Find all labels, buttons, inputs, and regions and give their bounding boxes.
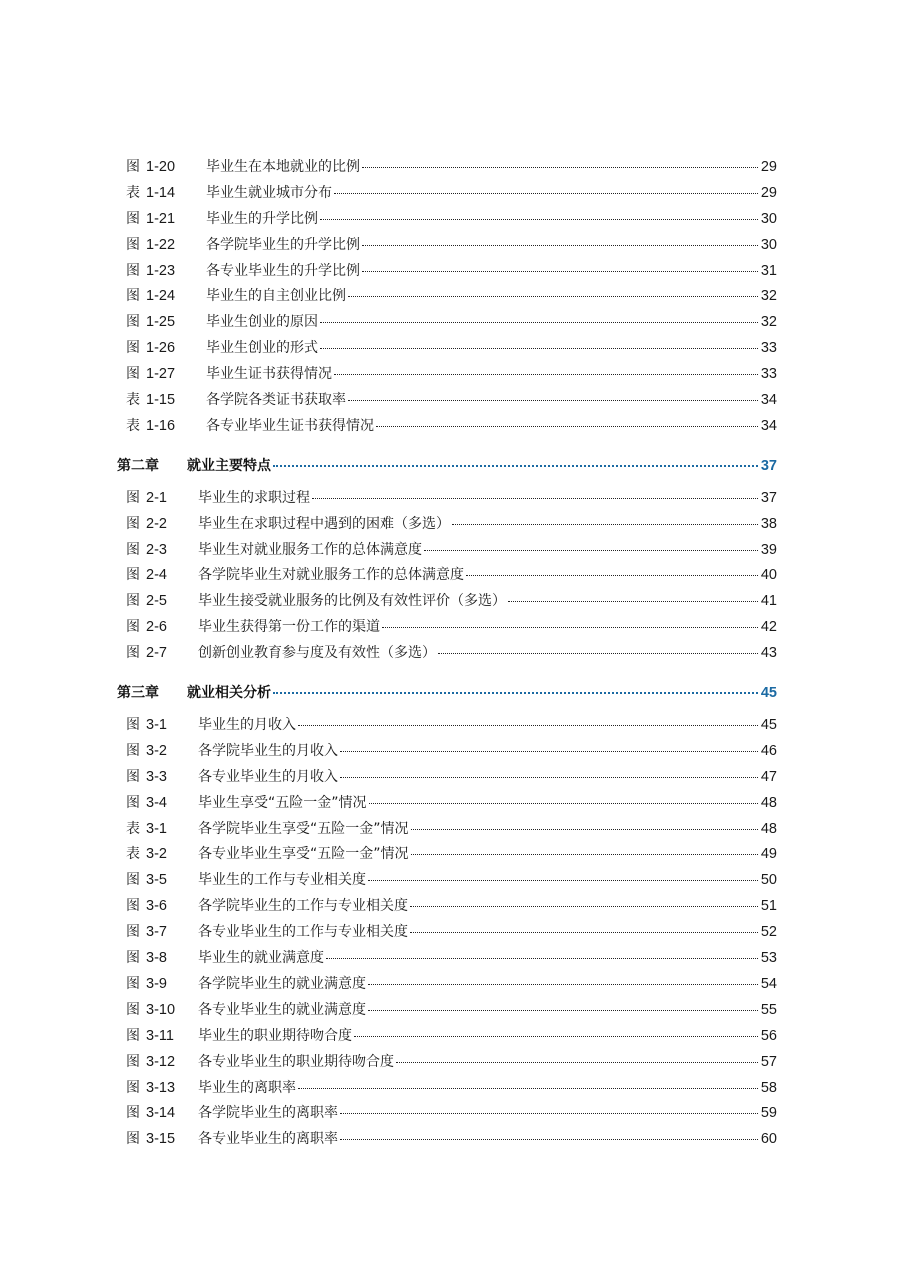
dot-leader — [340, 1101, 758, 1114]
dot-leader — [466, 563, 758, 576]
toc-entry[interactable]: 图3-6各学院毕业生的工作与专业相关度51 — [117, 894, 777, 920]
dot-leader — [298, 1076, 758, 1089]
entry-number: 3-6 — [146, 894, 198, 920]
entry-number: 3-9 — [146, 972, 198, 998]
toc-entry[interactable]: 图3-1毕业生的月收入45 — [117, 713, 777, 739]
dot-leader — [424, 538, 758, 551]
entry-number: 1-27 — [146, 362, 206, 388]
dot-leader — [334, 362, 758, 375]
entry-page-number: 32 — [759, 310, 777, 336]
entry-type-label: 图 — [126, 155, 140, 181]
toc-entry[interactable]: 图2-7创新创业教育参与度及有效性（多选）43 — [117, 641, 777, 667]
entry-type-label: 图 — [126, 894, 140, 920]
entry-page-number: 37 — [759, 486, 777, 512]
entry-title: 各专业毕业生证书获得情况 — [206, 414, 374, 440]
entry-type-label: 图 — [126, 1127, 140, 1153]
chapter-page-number: 37 — [759, 448, 777, 484]
dot-leader — [369, 791, 758, 804]
entry-number: 3-1 — [146, 817, 198, 843]
entry-page-number: 31 — [759, 259, 777, 285]
entry-page-number: 34 — [759, 414, 777, 440]
entry-page-number: 52 — [759, 920, 777, 946]
dot-leader — [354, 1024, 758, 1037]
entry-type-label: 图 — [126, 615, 140, 641]
toc-chapter-heading[interactable]: 第二章就业主要特点37 — [117, 448, 777, 484]
entry-number: 1-15 — [146, 388, 206, 414]
entry-title: 各专业毕业生享受“五险一金”情况 — [198, 842, 409, 868]
entry-page-number: 30 — [759, 233, 777, 259]
entry-page-number: 57 — [759, 1050, 777, 1076]
dot-leader — [452, 512, 758, 525]
dot-leader — [298, 713, 758, 726]
entry-number: 3-3 — [146, 765, 198, 791]
dot-leader — [348, 388, 758, 401]
entry-type-label: 图 — [126, 336, 140, 362]
entry-number: 1-22 — [146, 233, 206, 259]
entry-type-label: 图 — [126, 233, 140, 259]
entry-page-number: 40 — [759, 563, 777, 589]
entry-number: 1-24 — [146, 284, 206, 310]
entry-page-number: 49 — [759, 842, 777, 868]
toc-entry[interactable]: 图1-23各专业毕业生的升学比例31 — [117, 259, 777, 285]
dot-leader — [362, 259, 758, 272]
entry-page-number: 55 — [759, 998, 777, 1024]
dot-leader — [320, 207, 758, 220]
entry-page-number: 46 — [759, 739, 777, 765]
toc-entry[interactable]: 图3-4毕业生享受“五险一金”情况48 — [117, 791, 777, 817]
entry-page-number: 43 — [759, 641, 777, 667]
toc-section-chapter-1-continued: 图1-20毕业生在本地就业的比例29 表1-14毕业生就业城市分布29 图1-2… — [117, 155, 777, 440]
entry-page-number: 42 — [759, 615, 777, 641]
entry-page-number: 60 — [759, 1127, 777, 1153]
entry-type-label: 图 — [126, 486, 140, 512]
entry-number: 1-23 — [146, 259, 206, 285]
entry-number: 3-2 — [146, 739, 198, 765]
entry-type-label: 图 — [126, 868, 140, 894]
entry-title: 毕业生的就业满意度 — [198, 946, 324, 972]
entry-page-number: 33 — [759, 362, 777, 388]
toc-entry[interactable]: 图3-9各学院毕业生的就业满意度54 — [117, 972, 777, 998]
entry-number: 3-7 — [146, 920, 198, 946]
toc-section-chapter-2: 第二章就业主要特点37 图2-1毕业生的求职过程37 图2-2毕业生在求职过程中… — [117, 448, 777, 667]
toc-entry[interactable]: 表3-1各学院毕业生享受“五险一金”情况48 — [117, 817, 777, 843]
dot-leader — [326, 946, 758, 959]
entry-type-label: 图 — [126, 207, 140, 233]
entry-type-label: 图 — [126, 362, 140, 388]
entry-title: 毕业生获得第一份工作的渠道 — [198, 615, 380, 641]
chapter-title: 就业主要特点 — [187, 448, 271, 484]
dot-leader — [334, 181, 758, 194]
entry-title: 毕业生的求职过程 — [198, 486, 310, 512]
dot-leader — [362, 155, 758, 168]
toc-entry[interactable]: 图1-26毕业生创业的形式33 — [117, 336, 777, 362]
entry-title: 毕业生对就业服务工作的总体满意度 — [198, 538, 422, 564]
entry-number: 2-5 — [146, 589, 198, 615]
toc-entry[interactable]: 图3-2各学院毕业生的月收入46 — [117, 739, 777, 765]
entry-type-label: 图 — [126, 259, 140, 285]
entry-page-number: 30 — [759, 207, 777, 233]
toc-entry[interactable]: 图1-27毕业生证书获得情况33 — [117, 362, 777, 388]
toc-entry[interactable]: 图1-25毕业生创业的原因32 — [117, 310, 777, 336]
entry-number: 1-21 — [146, 207, 206, 233]
toc-entry[interactable]: 图3-5毕业生的工作与专业相关度50 — [117, 868, 777, 894]
dot-leader — [340, 765, 758, 778]
dot-leader — [438, 641, 758, 654]
entry-page-number: 48 — [759, 817, 777, 843]
entry-page-number: 58 — [759, 1076, 777, 1102]
entry-type-label: 表 — [126, 414, 140, 440]
toc-entry[interactable]: 图1-22各学院毕业生的升学比例30 — [117, 233, 777, 259]
entry-type-label: 图 — [126, 998, 140, 1024]
entry-title: 毕业生接受就业服务的比例及有效性评价（多选） — [198, 589, 506, 615]
entry-page-number: 38 — [759, 512, 777, 538]
toc-entry[interactable]: 图2-1毕业生的求职过程37 — [117, 486, 777, 512]
entry-number: 3-14 — [146, 1101, 198, 1127]
dot-leader — [411, 842, 758, 855]
entry-title: 毕业生在本地就业的比例 — [206, 155, 360, 181]
entry-title: 各专业毕业生的工作与专业相关度 — [198, 920, 408, 946]
dot-leader — [368, 998, 758, 1011]
entry-type-label: 图 — [126, 920, 140, 946]
entry-title: 毕业生的升学比例 — [206, 207, 318, 233]
entry-title: 各学院毕业生的离职率 — [198, 1101, 338, 1127]
entry-title: 各学院毕业生的工作与专业相关度 — [198, 894, 408, 920]
entry-title: 各学院毕业生的升学比例 — [206, 233, 360, 259]
entry-title: 毕业生的月收入 — [198, 713, 296, 739]
entry-title: 各专业毕业生的离职率 — [198, 1127, 338, 1153]
toc-entry[interactable]: 图1-21毕业生的升学比例30 — [117, 207, 777, 233]
entry-type-label: 图 — [126, 563, 140, 589]
entry-title: 毕业生证书获得情况 — [206, 362, 332, 388]
entry-type-label: 图 — [126, 284, 140, 310]
entry-number: 3-8 — [146, 946, 198, 972]
entry-page-number: 29 — [759, 155, 777, 181]
entry-page-number: 47 — [759, 765, 777, 791]
toc-entry[interactable]: 表1-15各学院各类证书获取率34 — [117, 388, 777, 414]
toc-chapter-heading[interactable]: 第三章就业相关分析45 — [117, 675, 777, 711]
toc-entry[interactable]: 图3-13毕业生的离职率58 — [117, 1076, 777, 1102]
toc-entry[interactable]: 图3-12各专业毕业生的职业期待吻合度57 — [117, 1050, 777, 1076]
entry-page-number: 45 — [759, 713, 777, 739]
dot-leader — [368, 868, 758, 881]
entry-page-number: 33 — [759, 336, 777, 362]
entry-type-label: 图 — [126, 1076, 140, 1102]
entry-title: 各学院毕业生对就业服务工作的总体满意度 — [198, 563, 464, 589]
entry-title: 毕业生的离职率 — [198, 1076, 296, 1102]
entry-number: 2-6 — [146, 615, 198, 641]
entry-number: 1-26 — [146, 336, 206, 362]
entry-number: 3-11 — [146, 1024, 198, 1050]
entry-page-number: 32 — [759, 284, 777, 310]
dot-leader — [508, 589, 758, 602]
chapter-label: 第二章 — [117, 448, 187, 484]
entry-title: 毕业生的工作与专业相关度 — [198, 868, 366, 894]
entry-title: 毕业生创业的形式 — [206, 336, 318, 362]
entry-type-label: 图 — [126, 713, 140, 739]
entry-type-label: 图 — [126, 538, 140, 564]
entry-page-number: 50 — [759, 868, 777, 894]
entry-title: 毕业生就业城市分布 — [206, 181, 332, 207]
chapter-label: 第三章 — [117, 675, 187, 711]
dot-leader — [382, 615, 758, 628]
entry-page-number: 34 — [759, 388, 777, 414]
entry-title: 各专业毕业生的职业期待吻合度 — [198, 1050, 394, 1076]
entry-page-number: 39 — [759, 538, 777, 564]
entry-title: 毕业生的自主创业比例 — [206, 284, 346, 310]
toc-entry[interactable]: 图2-6毕业生获得第一份工作的渠道42 — [117, 615, 777, 641]
entry-type-label: 图 — [126, 972, 140, 998]
entry-title: 各学院各类证书获取率 — [206, 388, 346, 414]
entry-type-label: 图 — [126, 1024, 140, 1050]
dot-leader — [348, 284, 758, 297]
toc-entry[interactable]: 图2-5毕业生接受就业服务的比例及有效性评价（多选）41 — [117, 589, 777, 615]
entry-type-label: 图 — [126, 765, 140, 791]
entry-number: 3-10 — [146, 998, 198, 1024]
entry-title: 创新创业教育参与度及有效性（多选） — [198, 641, 436, 667]
toc-entry[interactable]: 图3-14各学院毕业生的离职率59 — [117, 1101, 777, 1127]
dot-leader — [320, 336, 758, 349]
entry-type-label: 图 — [126, 1101, 140, 1127]
dot-leader — [273, 680, 758, 694]
toc-entry[interactable]: 图3-15各专业毕业生的离职率60 — [117, 1127, 777, 1153]
dot-leader — [368, 972, 758, 985]
dot-leader — [362, 233, 758, 246]
entry-page-number: 51 — [759, 894, 777, 920]
entry-type-label: 表 — [126, 388, 140, 414]
entry-number: 3-4 — [146, 791, 198, 817]
toc-entry[interactable]: 图3-11毕业生的职业期待吻合度56 — [117, 1024, 777, 1050]
entry-number: 2-7 — [146, 641, 198, 667]
entry-page-number: 41 — [759, 589, 777, 615]
entry-number: 3-2 — [146, 842, 198, 868]
entry-title: 各学院毕业生的就业满意度 — [198, 972, 366, 998]
entry-type-label: 图 — [126, 641, 140, 667]
dot-leader — [340, 739, 758, 752]
toc-entry[interactable]: 图2-4各学院毕业生对就业服务工作的总体满意度40 — [117, 563, 777, 589]
entry-type-label: 图 — [126, 512, 140, 538]
entry-title: 毕业生的职业期待吻合度 — [198, 1024, 352, 1050]
entry-number: 1-25 — [146, 310, 206, 336]
entry-number: 3-5 — [146, 868, 198, 894]
entry-number: 1-14 — [146, 181, 206, 207]
dot-leader — [411, 817, 758, 830]
entry-number: 1-20 — [146, 155, 206, 181]
entry-page-number: 56 — [759, 1024, 777, 1050]
toc-entry[interactable]: 图3-7各专业毕业生的工作与专业相关度52 — [117, 920, 777, 946]
toc-entry[interactable]: 表1-16各专业毕业生证书获得情况34 — [117, 414, 777, 440]
toc-entry[interactable]: 图3-10各专业毕业生的就业满意度55 — [117, 998, 777, 1024]
entry-type-label: 图 — [126, 310, 140, 336]
entry-type-label: 图 — [126, 589, 140, 615]
entry-type-label: 表 — [126, 181, 140, 207]
dot-leader — [396, 1050, 758, 1063]
entry-type-label: 表 — [126, 842, 140, 868]
entry-title: 各专业毕业生的月收入 — [198, 765, 338, 791]
entry-type-label: 图 — [126, 1050, 140, 1076]
entry-number: 3-12 — [146, 1050, 198, 1076]
entry-page-number: 53 — [759, 946, 777, 972]
entry-number: 1-16 — [146, 414, 206, 440]
entry-page-number: 48 — [759, 791, 777, 817]
entry-number: 2-1 — [146, 486, 198, 512]
entry-number: 2-4 — [146, 563, 198, 589]
chapter-title: 就业相关分析 — [187, 675, 271, 711]
entry-page-number: 29 — [759, 181, 777, 207]
dot-leader — [410, 920, 758, 933]
entry-type-label: 表 — [126, 817, 140, 843]
entry-page-number: 59 — [759, 1101, 777, 1127]
chapter-page-number: 45 — [759, 675, 777, 711]
entry-title: 各学院毕业生的月收入 — [198, 739, 338, 765]
entry-type-label: 图 — [126, 739, 140, 765]
toc-entry[interactable]: 表3-2各专业毕业生享受“五险一金”情况49 — [117, 842, 777, 868]
entry-title: 毕业生享受“五险一金”情况 — [198, 791, 367, 817]
entry-title: 毕业生在求职过程中遇到的困难（多选） — [198, 512, 450, 538]
entry-title: 各专业毕业生的升学比例 — [206, 259, 360, 285]
dot-leader — [376, 414, 758, 427]
toc-entry[interactable]: 图1-24毕业生的自主创业比例32 — [117, 284, 777, 310]
dot-leader — [312, 486, 758, 499]
entry-number: 2-2 — [146, 512, 198, 538]
entry-title: 毕业生创业的原因 — [206, 310, 318, 336]
toc-entry[interactable]: 图1-20毕业生在本地就业的比例29 — [117, 155, 777, 181]
entry-type-label: 图 — [126, 791, 140, 817]
toc-entry[interactable]: 图2-2毕业生在求职过程中遇到的困难（多选）38 — [117, 512, 777, 538]
dot-leader — [273, 453, 758, 467]
entry-type-label: 图 — [126, 946, 140, 972]
toc-entry[interactable]: 表1-14毕业生就业城市分布29 — [117, 181, 777, 207]
toc-entry[interactable]: 图3-3各专业毕业生的月收入47 — [117, 765, 777, 791]
table-of-contents: 图1-20毕业生在本地就业的比例29 表1-14毕业生就业城市分布29 图1-2… — [117, 155, 777, 1153]
dot-leader — [410, 894, 758, 907]
toc-entry[interactable]: 图2-3毕业生对就业服务工作的总体满意度39 — [117, 538, 777, 564]
entry-number: 3-15 — [146, 1127, 198, 1153]
entry-page-number: 54 — [759, 972, 777, 998]
entry-title: 各学院毕业生享受“五险一金”情况 — [198, 817, 409, 843]
entry-number: 2-3 — [146, 538, 198, 564]
entry-number: 3-1 — [146, 713, 198, 739]
toc-entry[interactable]: 图3-8毕业生的就业满意度53 — [117, 946, 777, 972]
entry-number: 3-13 — [146, 1076, 198, 1102]
dot-leader — [340, 1127, 758, 1140]
toc-section-chapter-3: 第三章就业相关分析45 图3-1毕业生的月收入45 图3-2各学院毕业生的月收入… — [117, 675, 777, 1153]
dot-leader — [320, 310, 758, 323]
entry-title: 各专业毕业生的就业满意度 — [198, 998, 366, 1024]
